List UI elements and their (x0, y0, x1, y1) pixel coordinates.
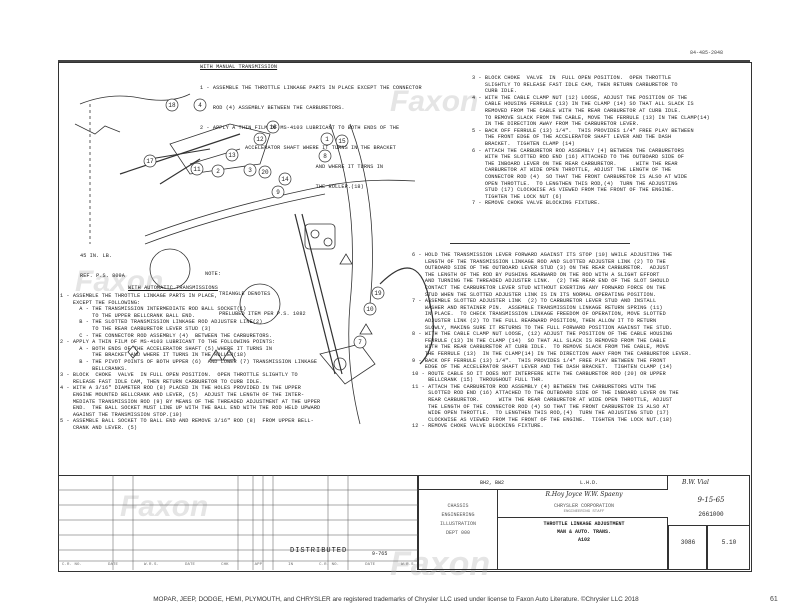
sheet-number: 3086 (670, 540, 706, 546)
distributed-date: 9-765 (372, 551, 388, 558)
page-number: 61 (770, 596, 778, 603)
section-divider (450, 243, 630, 244)
dept-label: CHASSIS ENGINEERING ILLUSTRATION DEPT 00… (420, 502, 496, 538)
company-sub: ENGINEERING STAFF (500, 509, 668, 515)
svg-text:19: 19 (374, 290, 382, 297)
drawn-by: B.W. Vial (682, 480, 709, 486)
models: BH2, BW2 (480, 480, 504, 486)
revision: 5.10 (708, 540, 750, 546)
manual-steps-right: 3 - BLOCK CHOKE VALVE IN FULL OPEN POSIT… (472, 75, 710, 207)
distributed-stamp: DISTRIBUTED (290, 548, 347, 555)
revision-column-headers: C.R. NO.DATEW.R.S.DATECHKAPPINC.R. NO.DA… (62, 562, 416, 569)
signatures: R.Hoy Joyce W.W. Spaeny (500, 492, 668, 498)
svg-text:7: 7 (358, 339, 362, 346)
drawing-title: THROTTLE LINKAGE ADJUSTMENT MAN & AUTO. … (500, 520, 668, 544)
date: 9-15-65 (672, 497, 750, 503)
automatic-steps-right: 6 - HOLD THE TRANSMISSION LEVER FORWARD … (412, 252, 692, 430)
svg-text:10: 10 (366, 306, 374, 313)
automatic-heading: WITH AUTOMATIC TRANSMISSIONS (128, 285, 218, 292)
manual-steps-left: 1 - ASSEMBLE THE THROTTLE LINKAGE PARTS … (200, 72, 422, 197)
automatic-steps-left: 1 - ASSEMBLE THE THROTTLE LINKAGE PARTS … (60, 293, 320, 431)
torque-note: 45 IN. LB. REF. P.S. 809A (80, 240, 125, 286)
revision-grid (58, 475, 418, 570)
svg-text:18: 18 (168, 102, 176, 109)
part-number: 2661000 (672, 512, 750, 518)
svg-text:17: 17 (146, 158, 154, 165)
lhd-label: L.H.D. (580, 480, 598, 486)
trademark-notice: MOPAR, JEEP, DODGE, HEMI, PLYMOUTH, and … (0, 596, 792, 603)
document-number: 84-485-2048 (690, 50, 723, 56)
manual-heading: WITH MANUAL TRANSMISSION (200, 64, 277, 71)
